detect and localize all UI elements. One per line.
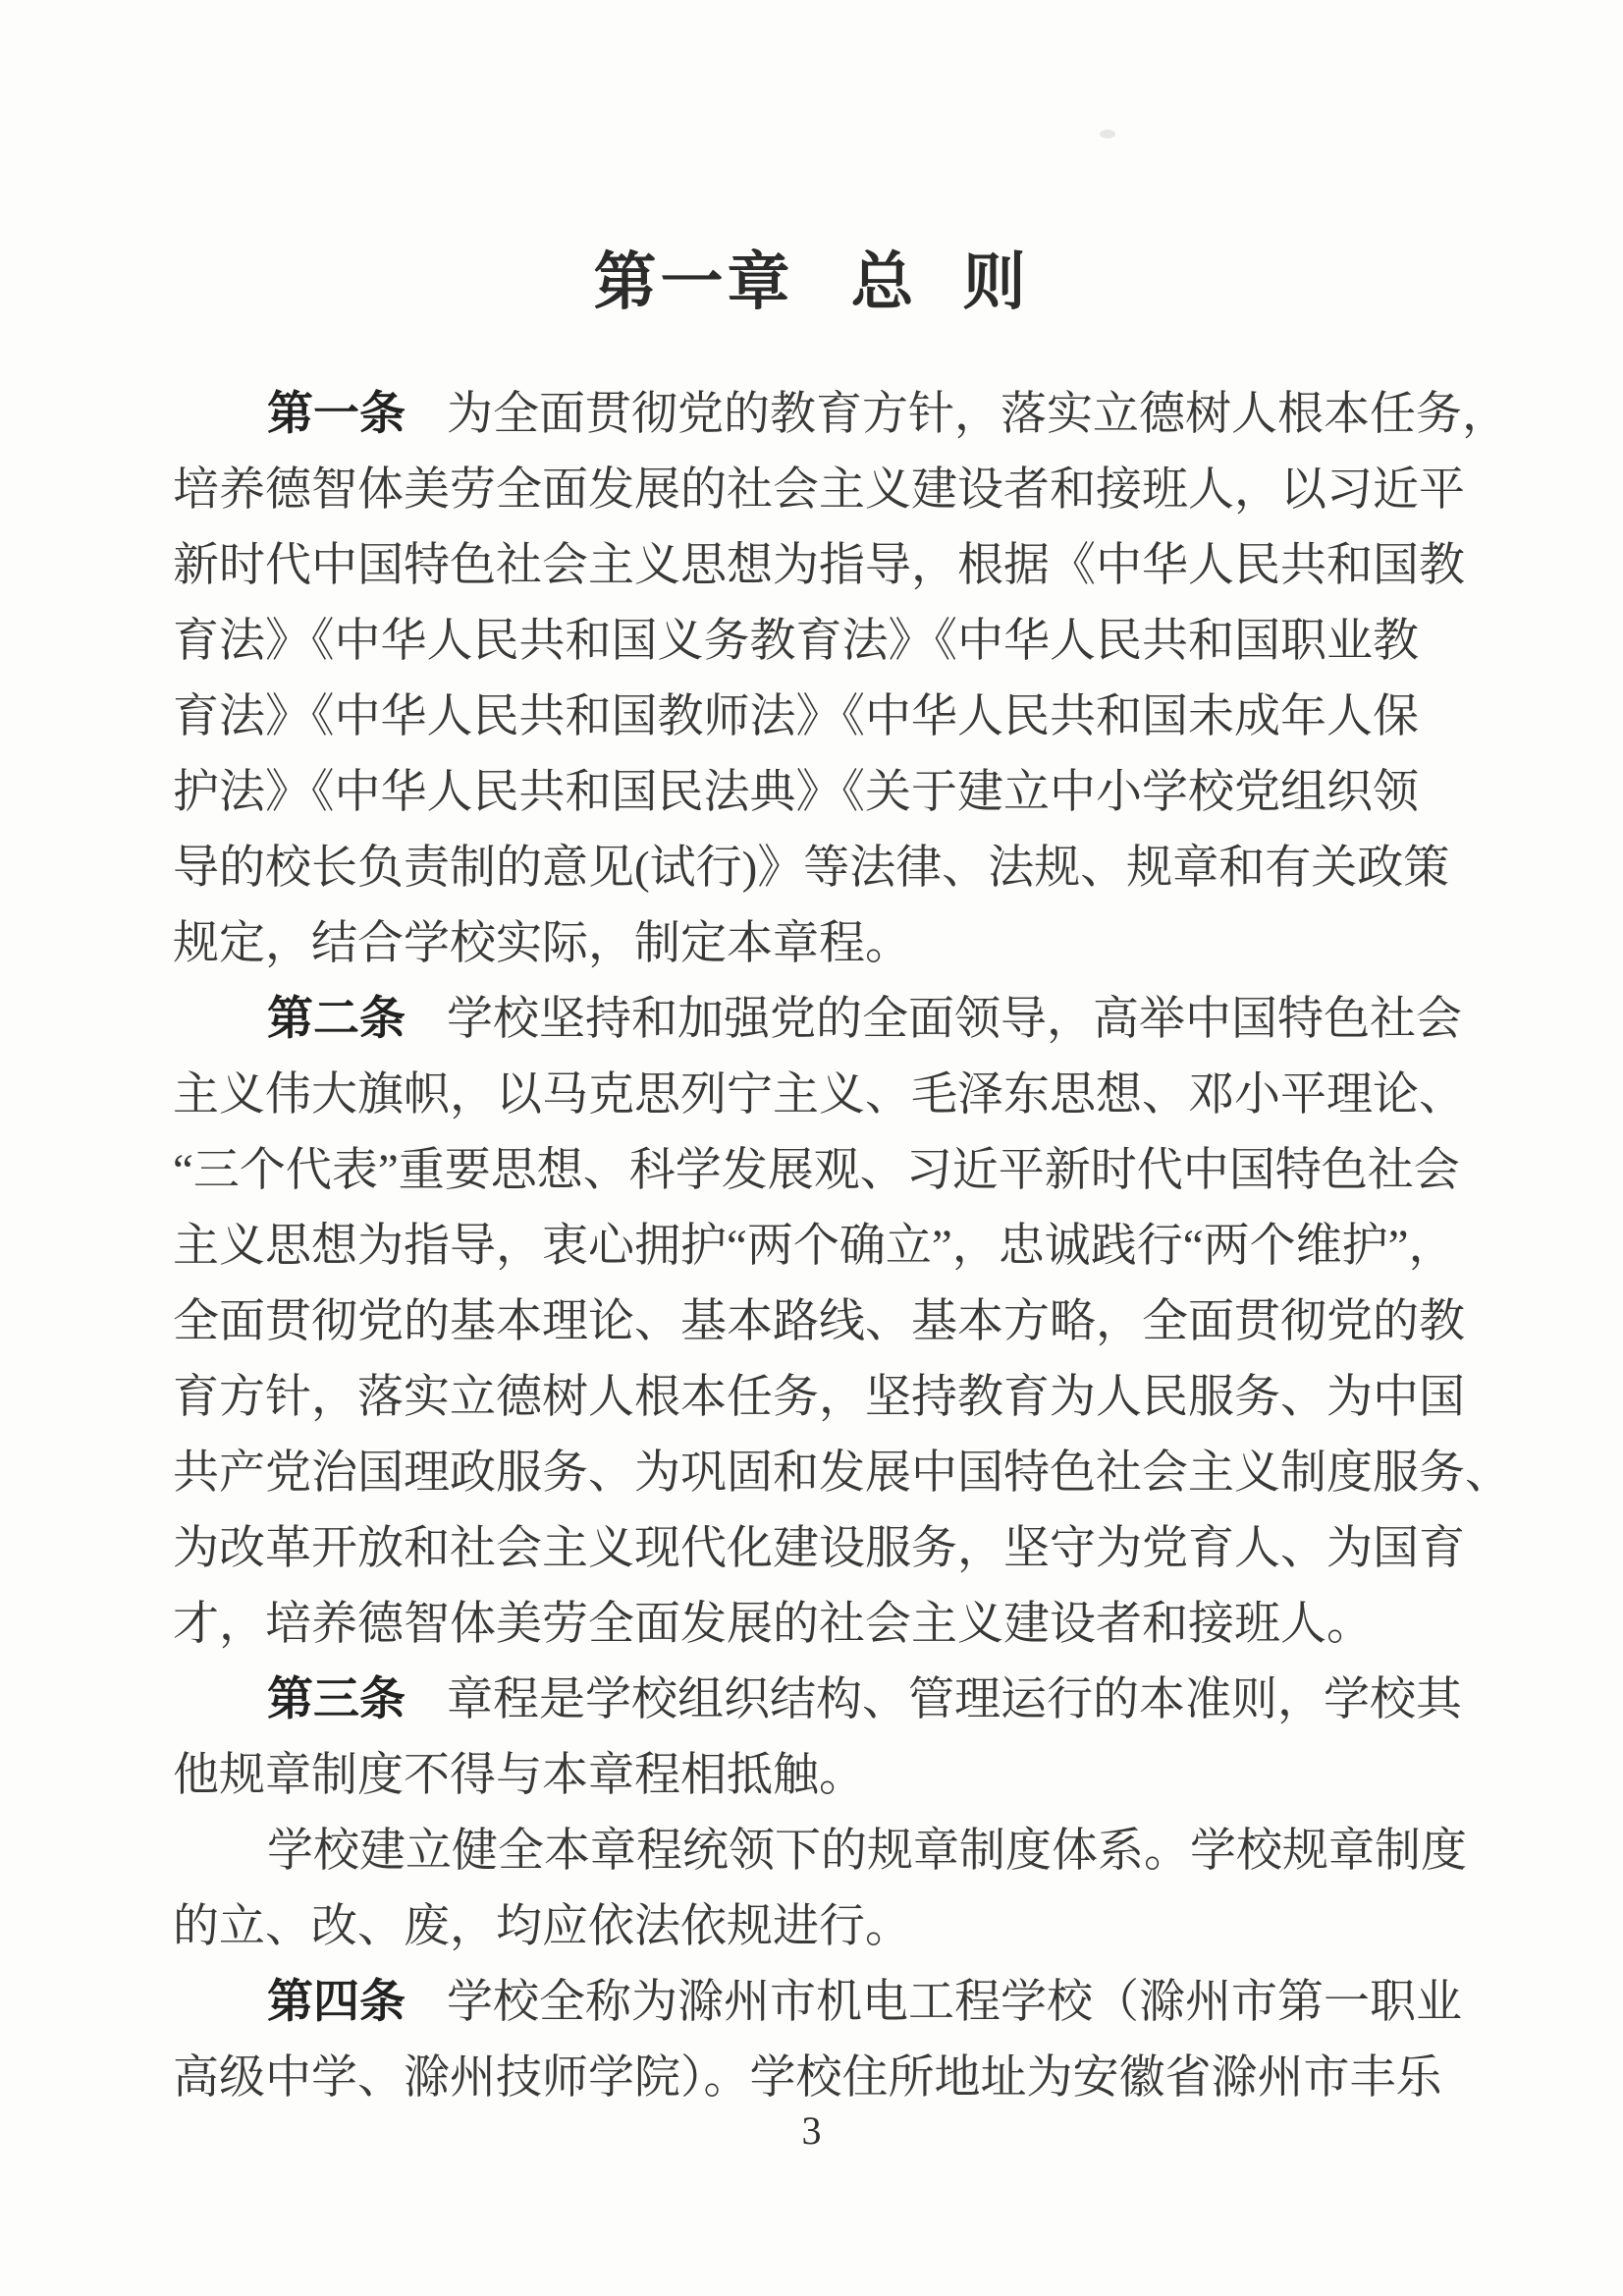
text-line: 培养德智体美劳全面发展的社会主义建设者和接班人，以习近平 bbox=[173, 453, 1488, 528]
text-run: 主义伟大旗帜，以马克思列宁主义、毛泽东思想、邓小平理论、 bbox=[173, 1069, 1465, 1121]
text-line: 导的校长负责制的意见(试行)》等法律、法规、规章和有关政策 bbox=[173, 831, 1488, 906]
text-run: 育法》《中华人民共和国义务教育法》《中华人民共和国职业教 bbox=[173, 616, 1419, 667]
text-run: 新时代中国特色社会主义思想为指导，根据《中华人民共和国教 bbox=[173, 540, 1465, 591]
text-line: 全面贯彻党的基本理论、基本路线、基本方略，全面贯彻党的教 bbox=[173, 1285, 1488, 1360]
text-run: 主义思想为指导，衷心拥护“两个确立”，忠诚践行“两个维护”， bbox=[173, 1221, 1454, 1272]
text-line: 第三条章程是学校组织结构、管理运行的本准则，学校其 bbox=[173, 1663, 1488, 1738]
text-line: 他规章制度不得与本章程相抵触。 bbox=[173, 1738, 1488, 1814]
text-line: 新时代中国特色社会主义思想为指导，根据《中华人民共和国教 bbox=[173, 528, 1488, 604]
text-line: 为改革开放和社会主义现代化建设服务，坚守为党育人、为国育 bbox=[173, 1511, 1488, 1587]
text-line: 育法》《中华人民共和国义务教育法》《中华人民共和国职业教 bbox=[173, 604, 1488, 680]
page-number: 3 bbox=[0, 2107, 1623, 2154]
text-line: 育法》《中华人民共和国教师法》《中华人民共和国未成年人保 bbox=[173, 680, 1488, 755]
text-run: 护法》《中华人民共和国民法典》《关于建立中小学校党组织领 bbox=[173, 767, 1419, 818]
text-run: 章程是学校组织结构、管理运行的本准则，学校其 bbox=[447, 1674, 1462, 1725]
chapter-number: 第一章 bbox=[594, 232, 794, 322]
article-label: 第一条 bbox=[267, 389, 406, 440]
text-line: 规定，结合学校实际，制定本章程。 bbox=[173, 906, 1488, 982]
text-run: 规定，结合学校实际，制定本章程。 bbox=[173, 918, 911, 969]
text-line: 学校建立健全本章程统领下的规章制度体系。学校规章制度 bbox=[173, 1814, 1488, 1889]
chapter-title: 第一章 总 则 bbox=[0, 232, 1623, 322]
article-label: 第三条 bbox=[267, 1674, 406, 1725]
text-run: 才，培养德智体美劳全面发展的社会主义建设者和接班人。 bbox=[173, 1599, 1373, 1650]
scan-artifact bbox=[1100, 130, 1115, 138]
text-line: 主义伟大旗帜，以马克思列宁主义、毛泽东思想、邓小平理论、 bbox=[173, 1058, 1488, 1133]
text-line: 第二条学校坚持和加强党的全面领导，高举中国特色社会 bbox=[173, 982, 1488, 1058]
text-line: 第四条学校全称为滁州市机电工程学校（滁州市第一职业 bbox=[173, 1965, 1488, 2041]
text-run: 共产党治国理政服务、为巩固和发展中国特色社会主义制度服务、 bbox=[173, 1448, 1511, 1499]
text-run: 学校全称为滁州市机电工程学校（滁州市第一职业 bbox=[447, 1977, 1462, 2028]
text-run: 学校建立健全本章程统领下的规章制度体系。学校规章制度 bbox=[267, 1826, 1467, 1877]
text-run: 的立、改、废，均应依法依规进行。 bbox=[173, 1901, 911, 1952]
text-run: 学校坚持和加强党的全面领导，高举中国特色社会 bbox=[447, 994, 1462, 1045]
text-line: 育方针，落实立德树人根本任务，坚持教育为人民服务、为中国 bbox=[173, 1360, 1488, 1436]
document-page: 第一章 总 则 第一条为全面贯彻党的教育方针，落实立德树人根本任务，培养德智体美… bbox=[0, 0, 1623, 2296]
text-run: 育法》《中华人民共和国教师法》《中华人民共和国未成年人保 bbox=[173, 691, 1419, 742]
text-run: 育方针，落实立德树人根本任务，坚持教育为人民服务、为中国 bbox=[173, 1372, 1465, 1423]
chapter-name: 总 则 bbox=[851, 232, 1030, 322]
text-run: “三个代表”重要思想、科学发展观、习近平新时代中国特色社会 bbox=[173, 1145, 1460, 1196]
text-line: 护法》《中华人民共和国民法典》《关于建立中小学校党组织领 bbox=[173, 755, 1488, 831]
text-line: 的立、改、废，均应依法依规进行。 bbox=[173, 1889, 1488, 1965]
text-run: 他规章制度不得与本章程相抵触。 bbox=[173, 1750, 865, 1801]
text-line: 共产党治国理政服务、为巩固和发展中国特色社会主义制度服务、 bbox=[173, 1436, 1488, 1511]
article-label: 第四条 bbox=[267, 1977, 406, 2028]
text-line: “三个代表”重要思想、科学发展观、习近平新时代中国特色社会 bbox=[173, 1133, 1488, 1209]
article-label: 第二条 bbox=[267, 994, 406, 1045]
text-run: 培养德智体美劳全面发展的社会主义建设者和接班人，以习近平 bbox=[173, 465, 1465, 516]
text-run: 导的校长负责制的意见(试行)》等法律、法规、规章和有关政策 bbox=[173, 843, 1449, 894]
text-line: 第一条为全面贯彻党的教育方针，落实立德树人根本任务， bbox=[173, 377, 1488, 453]
text-line: 才，培养德智体美劳全面发展的社会主义建设者和接班人。 bbox=[173, 1587, 1488, 1663]
document-body: 第一条为全面贯彻党的教育方针，落实立德树人根本任务，培养德智体美劳全面发展的社会… bbox=[173, 377, 1488, 2116]
text-run: 全面贯彻党的基本理论、基本路线、基本方略，全面贯彻党的教 bbox=[173, 1296, 1465, 1347]
text-line: 主义思想为指导，衷心拥护“两个确立”，忠诚践行“两个维护”， bbox=[173, 1209, 1488, 1285]
text-run: 为全面贯彻党的教育方针，落实立德树人根本任务， bbox=[447, 389, 1508, 440]
text-run: 为改革开放和社会主义现代化建设服务，坚守为党育人、为国育 bbox=[173, 1523, 1465, 1574]
text-line: 高级中学、滁州技师学院）。学校住所地址为安徽省滁州市丰乐 bbox=[173, 2041, 1488, 2116]
text-run: 高级中学、滁州技师学院）。学校住所地址为安徽省滁州市丰乐 bbox=[173, 2052, 1442, 2104]
